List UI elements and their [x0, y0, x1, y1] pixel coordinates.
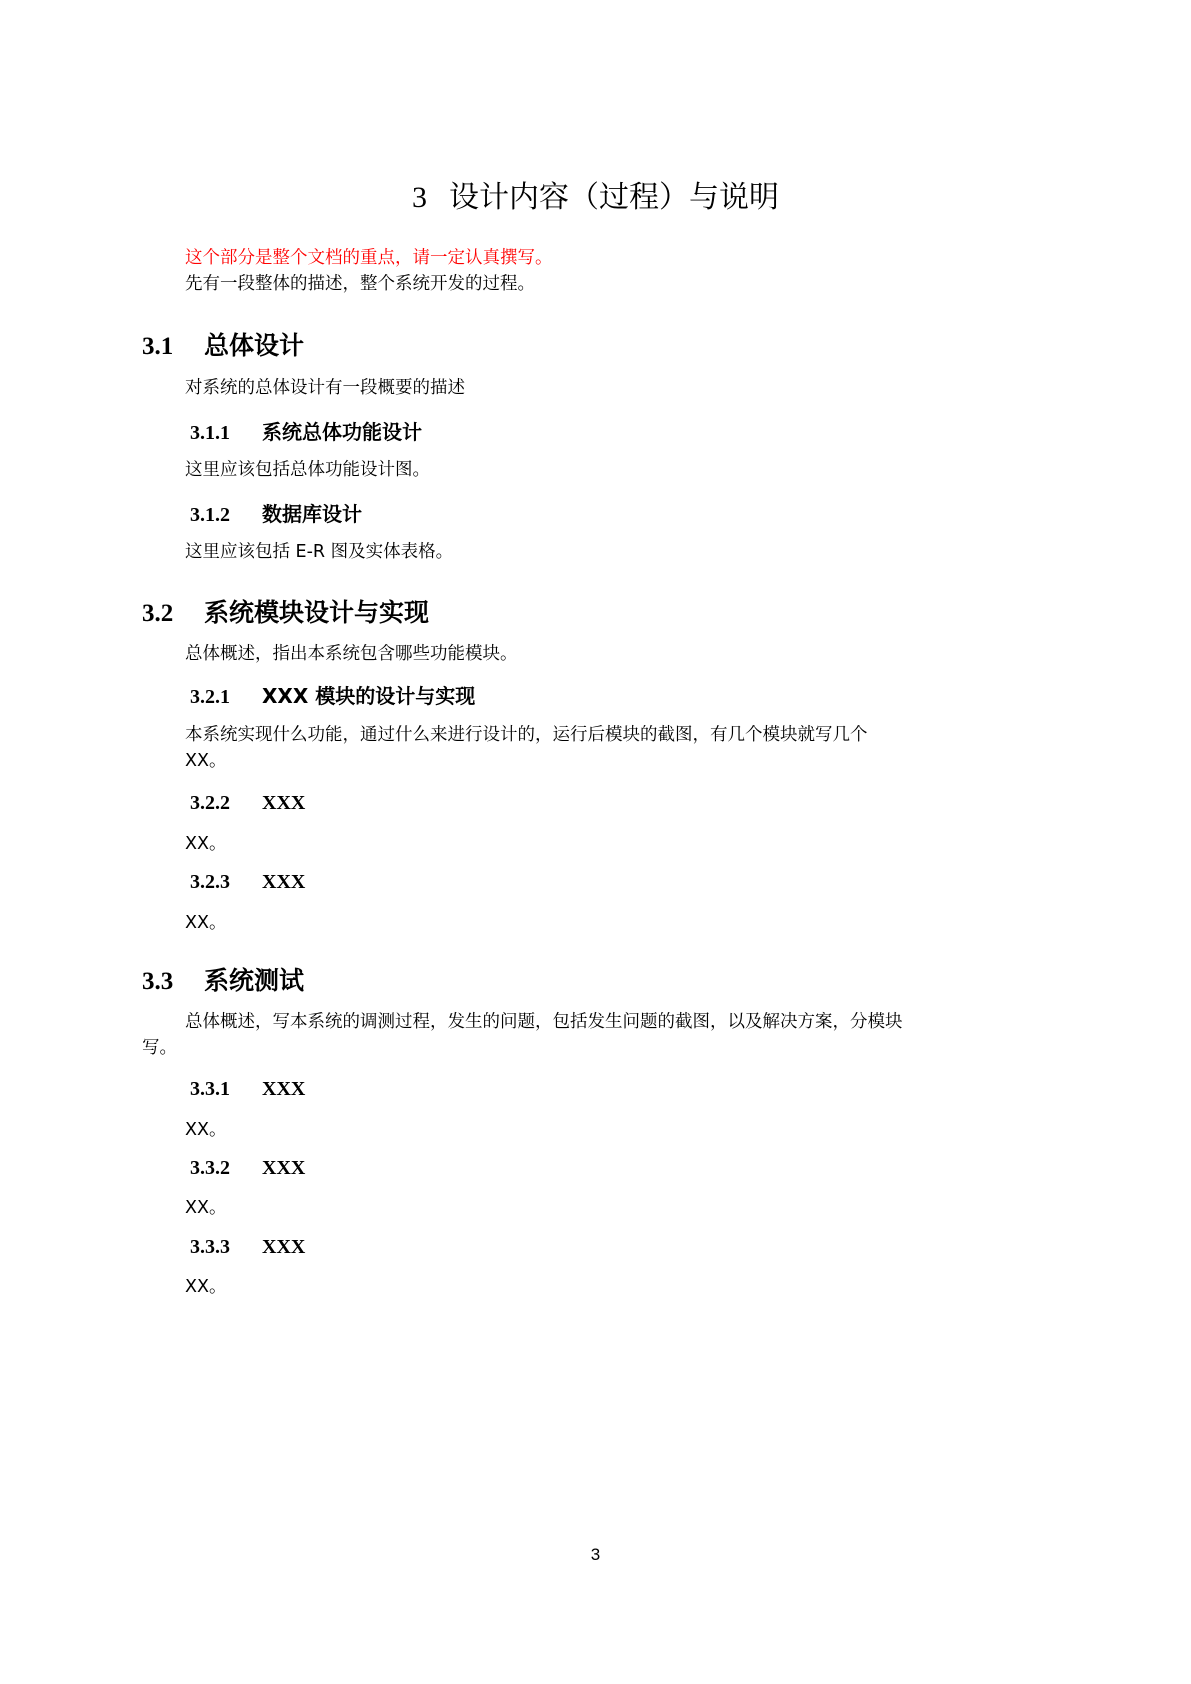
subsection-number: 3.1.2	[190, 504, 262, 527]
subsection-title: XXX	[262, 1078, 305, 1100]
subsection-number: 3.3.2	[190, 1157, 262, 1180]
subsection-heading-3-3-3: 3.3.3XXX	[190, 1234, 305, 1259]
subsection-text: XX。	[185, 832, 226, 856]
subsection-text-line2: XX。	[185, 749, 226, 773]
chapter-number: 3	[412, 181, 427, 214]
section-title: 总体设计	[204, 331, 304, 360]
section-number: 3.2	[142, 600, 204, 628]
subsection-title: 系统总体功能设计	[262, 420, 422, 444]
subsection-title: 数据库设计	[262, 502, 362, 526]
subsection-heading-3-2-3: 3.2.3XXX	[190, 869, 305, 894]
subsection-title: XXX	[262, 1157, 305, 1179]
section-number: 3.3	[142, 968, 204, 996]
subsection-text: XX。	[185, 1118, 226, 1142]
subsection-heading-3-2-1: 3.2.1XXX 模块的设计与实现	[190, 680, 475, 709]
subsection-number: 3.3.3	[190, 1236, 262, 1259]
subsection-text: XX。	[185, 911, 226, 935]
subsection-title: XXX 模块的设计与实现	[262, 684, 475, 708]
page-number: 3	[0, 1545, 1191, 1565]
subsection-text: 这里应该包括总体功能设计图。	[185, 458, 430, 482]
subsection-heading-3-1-2: 3.1.2数据库设计	[190, 498, 362, 527]
subsection-title: XXX	[262, 1236, 305, 1258]
subsection-text: XX。	[185, 1275, 226, 1299]
section-text-line1: 总体概述，写本系统的调测过程，发生的问题，包括发生问题的截图，以及解决方案，分模…	[185, 1010, 903, 1034]
subsection-heading-3-3-2: 3.3.2XXX	[190, 1155, 305, 1180]
section-heading-3-3: 3.3系统测试	[142, 961, 304, 997]
section-title: 系统模块设计与实现	[204, 598, 429, 627]
subsection-text-line1: 本系统实现什么功能，通过什么来进行设计的，运行后模块的截图，有几个模块就写几个	[185, 723, 868, 747]
subsection-heading-3-2-2: 3.2.2XXX	[190, 790, 305, 815]
subsection-number: 3.2.2	[190, 792, 262, 815]
section-heading-3-2: 3.2系统模块设计与实现	[142, 593, 429, 629]
subsection-number: 3.2.3	[190, 871, 262, 894]
section-text: 总体概述，指出本系统包含哪些功能模块。	[185, 642, 518, 666]
section-number: 3.1	[142, 333, 204, 361]
subsection-text: 这里应该包括 E-R 图及实体表格。	[185, 540, 453, 564]
subsection-heading-3-1-1: 3.1.1系统总体功能设计	[190, 416, 422, 445]
section-heading-3-1: 3.1总体设计	[142, 326, 304, 362]
subsection-text: XX。	[185, 1196, 226, 1220]
subsection-title: XXX	[262, 792, 305, 814]
section-text-line2: 写。	[142, 1036, 177, 1060]
chapter-title-text: 设计内容（过程）与说明	[449, 180, 779, 215]
intro-text: 先有一段整体的描述，整个系统开发的过程。	[185, 272, 535, 296]
section-text: 对系统的总体设计有一段概要的描述	[185, 376, 465, 400]
subsection-number: 3.1.1	[190, 422, 262, 445]
subsection-heading-3-3-1: 3.3.1XXX	[190, 1076, 305, 1101]
subsection-title: XXX	[262, 871, 305, 893]
intro-highlight: 这个部分是整个文档的重点，请一定认真撰写。	[185, 246, 553, 270]
chapter-title: 3设计内容（过程）与说明	[0, 172, 1191, 216]
subsection-number: 3.2.1	[190, 686, 262, 709]
section-title: 系统测试	[204, 966, 304, 995]
subsection-number: 3.3.1	[190, 1078, 262, 1101]
